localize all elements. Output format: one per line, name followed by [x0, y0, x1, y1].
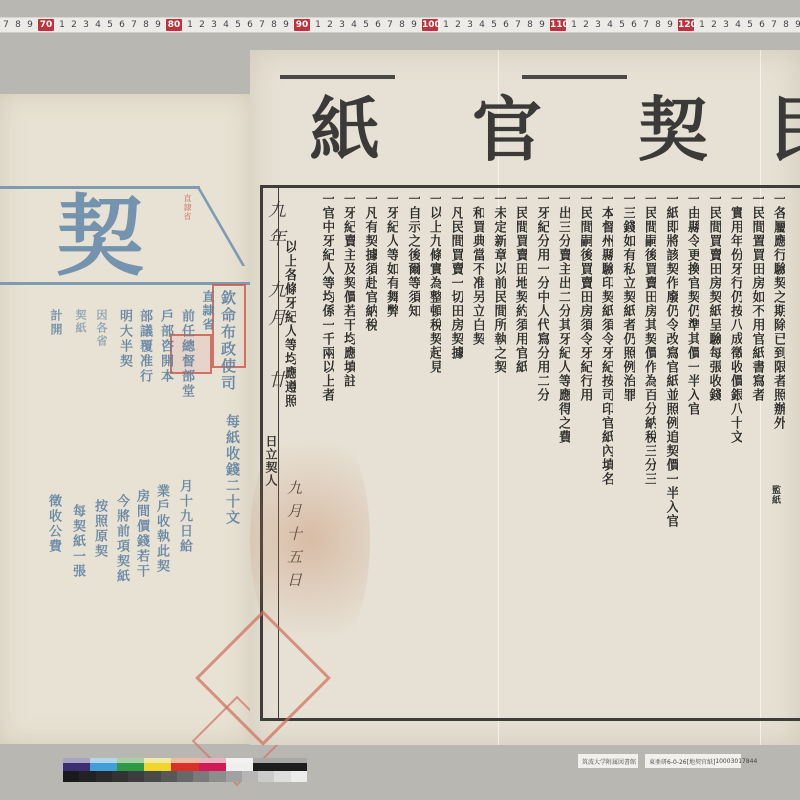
regulation-column: 一牙紀人等如有舞弊	[384, 192, 398, 712]
greyscale-patch	[226, 771, 242, 782]
ruler-tick: 1	[312, 18, 324, 32]
ruler-tick: 6	[116, 18, 128, 32]
greyscale-patch	[258, 771, 274, 782]
body-column: 部議覆准行	[135, 309, 154, 384]
regulation-column: 一紙即將該契作廢仍令改寫官紙並照例追契價一半入官	[664, 192, 678, 592]
lower-column: 徵收公費	[44, 494, 63, 554]
regulation-column: 一自示之後爾等須知	[406, 192, 420, 592]
body-column: 計開	[48, 309, 65, 337]
body-column: 因各省	[93, 309, 109, 348]
ruler-tick: 2	[708, 18, 720, 32]
regulation-column: 一由縣令更換官契仍準其價一半入官	[685, 192, 699, 662]
ruler-tick: 8	[524, 18, 536, 32]
regulation-column: 一凡有契據須赴官納稅	[363, 192, 377, 662]
ruler-major-mark: 100	[422, 19, 438, 31]
regulation-column: 一民間買賣田房契紙呈驗每張收錢	[707, 192, 721, 712]
ruler-tick: 5	[488, 18, 500, 32]
ruler-tick: 5	[104, 18, 116, 32]
regulation-column: 一出三分賣主出二分其牙紀人等應得之費	[556, 192, 570, 662]
ruler-tick: 7	[512, 18, 524, 32]
ruler-tick: 6	[244, 18, 256, 32]
library-label: 筑波大学附属図書館	[578, 754, 638, 768]
header-column: 直隷省	[200, 290, 217, 332]
ruler-tick: 9	[792, 18, 800, 32]
color-swatch	[253, 758, 280, 771]
greyscale-patch	[112, 771, 128, 782]
greyscale-patch	[209, 771, 225, 782]
ruler-tick: 8	[780, 18, 792, 32]
ruler-tick: 1	[56, 18, 68, 32]
measuring-tape: 7897012345678980123456789901234567891001…	[0, 17, 800, 33]
large-title-character: 契	[30, 189, 170, 284]
ruler-tick: 7	[384, 18, 396, 32]
lower-column: 每契紙一張	[68, 504, 87, 579]
greyscale-patch	[144, 771, 160, 782]
title-character: 紙	[310, 90, 380, 170]
ruler-tick: 2	[580, 18, 592, 32]
ruler-tick: 7	[256, 18, 268, 32]
ruler-tick: 7	[128, 18, 140, 32]
ruler-tick: 9	[536, 18, 548, 32]
ruler-tick: 6	[372, 18, 384, 32]
date-column: 月十九日給	[175, 479, 194, 554]
regulation-column: 一以上九條實為整頓稅契起見	[427, 192, 441, 662]
regulation-column: 一三錢如有私立契紙者仍照例治罪	[621, 192, 635, 662]
greyscale-patch	[79, 771, 95, 782]
greyscale-patch	[128, 771, 144, 782]
title-rule	[280, 75, 395, 79]
catalog-label: 東亜研6-0-26 [地契官紙] 10003017844	[645, 754, 741, 768]
ruler-tick: 4	[220, 18, 232, 32]
title-rule	[522, 75, 627, 79]
color-swatch	[226, 758, 253, 771]
ruler-tick: 9	[664, 18, 676, 32]
ruler-tick: 2	[196, 18, 208, 32]
ruler-tick: 4	[92, 18, 104, 32]
greyscale-patch	[161, 771, 177, 782]
ruler-tick: 3	[592, 18, 604, 32]
greyscale-patch	[193, 771, 209, 782]
ruler-tick: 5	[744, 18, 756, 32]
border-line	[260, 185, 800, 188]
regulation-column: 一凡民間買賣一切田房契據	[449, 192, 463, 712]
greyscale-patch	[177, 771, 193, 782]
catalog-id: 東亜研6-0-26	[649, 757, 687, 766]
regulation-column: 一民間買賣田地契約須用官紙	[513, 192, 527, 712]
regulation-column: 一未定新章以前民間所執之契	[492, 192, 506, 662]
ruler-tick: 3	[336, 18, 348, 32]
ruler-tick: 1	[696, 18, 708, 32]
ruler-tick: 8	[140, 18, 152, 32]
body-column: 明大半契	[115, 309, 134, 369]
ruler-major-mark: 80	[166, 19, 182, 31]
ruler-tick: 6	[756, 18, 768, 32]
regulation-column: 一民間置買田房如不用官紙書寫者	[750, 192, 764, 662]
left-sheet: 契 直隷省 欽命布政使司 直隷省 前任總督部堂 戶部咨開本 部議覆准行 明大半契…	[0, 94, 250, 744]
ruler-tick: 4	[604, 18, 616, 32]
title-character: 契	[638, 90, 708, 170]
ruler-tick: 7	[640, 18, 652, 32]
ruler-major-mark: 110	[550, 19, 566, 31]
regulation-column: 一本督州縣驗印契紙須令牙紀按司印官紙內填名	[599, 192, 613, 592]
regulation-column: 一各屬應行驗契之期除已到限者照辦外	[771, 192, 785, 712]
red-annotation: 直隷省	[182, 194, 193, 221]
ruler-tick: 9	[152, 18, 164, 32]
side-note: 監紙	[768, 485, 782, 515]
greyscale-patch	[63, 771, 79, 782]
ruler-tick: 9	[408, 18, 420, 32]
regulation-column: 一官中牙紀人等均係一千兩以上者	[320, 192, 334, 712]
ruler-tick: 3	[208, 18, 220, 32]
regulation-column: 一民間嗣後買賣田房其契價作為百分納稅三分三	[642, 192, 656, 712]
ruler-tick: 9	[24, 18, 36, 32]
ruler-tick: 5	[360, 18, 372, 32]
ruler-tick: 6	[628, 18, 640, 32]
right-sheet: 紙 官 契 民 九年 九月 廿 日立契人 九月十五日 以上各條牙紀人等均應遵照 …	[250, 50, 800, 745]
color-swatch	[199, 758, 226, 771]
ruler-major-mark: 70	[38, 19, 54, 31]
regulation-column: 一實用年份牙行仍按八成徵收價銀八十文	[728, 192, 742, 592]
color-swatch	[171, 758, 198, 771]
color-calibration-card	[63, 758, 307, 782]
header-column: 欽命布政使司	[218, 290, 239, 392]
accession-number: 10003017844	[715, 758, 757, 765]
ruler-major-mark: 90	[294, 19, 310, 31]
body-column: 前任總督部堂	[177, 309, 196, 399]
ruler-tick: 3	[80, 18, 92, 32]
ruler-tick: 4	[732, 18, 744, 32]
color-swatch	[280, 758, 307, 771]
ruler-tick: 6	[500, 18, 512, 32]
ruler-tick: 8	[12, 18, 24, 32]
ruler-tick: 2	[452, 18, 464, 32]
ruler-tick: 1	[568, 18, 580, 32]
catalog-title: [地契官紙]	[687, 757, 716, 766]
fee-column: 每紙收錢二十文	[222, 414, 242, 526]
greyscale-patch	[242, 771, 258, 782]
ruler-tick: 4	[476, 18, 488, 32]
greyscale-patch	[96, 771, 112, 782]
lower-column: 今將前項契紙	[112, 494, 131, 584]
ruler-tick: 8	[396, 18, 408, 32]
ruler-tick: 7	[0, 18, 12, 32]
archival-photo: 7897012345678980123456789901234567891001…	[0, 0, 800, 800]
ruler-tick: 8	[268, 18, 280, 32]
regulation-column: 一牙紀賣主及契價若干均應填註	[341, 192, 355, 592]
ruler-tick: 7	[768, 18, 780, 32]
regulation-column: 一牙紀分用一分中人代寫分用二分	[535, 192, 549, 592]
color-swatch	[90, 758, 117, 771]
ruler-tick: 2	[324, 18, 336, 32]
greyscale-patch	[291, 771, 307, 782]
body-column: 戶部咨開本	[156, 309, 175, 384]
title-character: 官	[472, 90, 542, 170]
ruler-tick: 2	[68, 18, 80, 32]
ruler-tick: 3	[720, 18, 732, 32]
ruler-tick: 5	[616, 18, 628, 32]
body-column: 契紙	[72, 309, 88, 335]
ruler-tick: 9	[280, 18, 292, 32]
border-line	[260, 718, 800, 721]
lower-column: 按照原契	[90, 499, 109, 559]
ruler-tick: 1	[440, 18, 452, 32]
ruler-tick: 3	[464, 18, 476, 32]
lower-column: 業戶收執此契	[152, 484, 171, 574]
greyscale-patch	[274, 771, 290, 782]
border-line	[196, 186, 245, 266]
ruler-tick: 1	[184, 18, 196, 32]
lower-column: 房間價錢若干	[132, 489, 151, 579]
ruler-major-mark: 120	[678, 19, 694, 31]
ruler-tick: 5	[232, 18, 244, 32]
title-character: 民	[770, 90, 800, 170]
color-swatch	[63, 758, 90, 771]
ruler-tick: 8	[652, 18, 664, 32]
color-swatch	[117, 758, 144, 771]
ruler-tick: 4	[348, 18, 360, 32]
document-title: 紙 官 契 民	[250, 50, 800, 180]
regulation-column: 一民間嗣後買賣田房須令牙紀行用	[578, 192, 592, 712]
color-swatch	[144, 758, 171, 771]
regulation-column: 一和買典當不准另立白契	[470, 192, 484, 592]
